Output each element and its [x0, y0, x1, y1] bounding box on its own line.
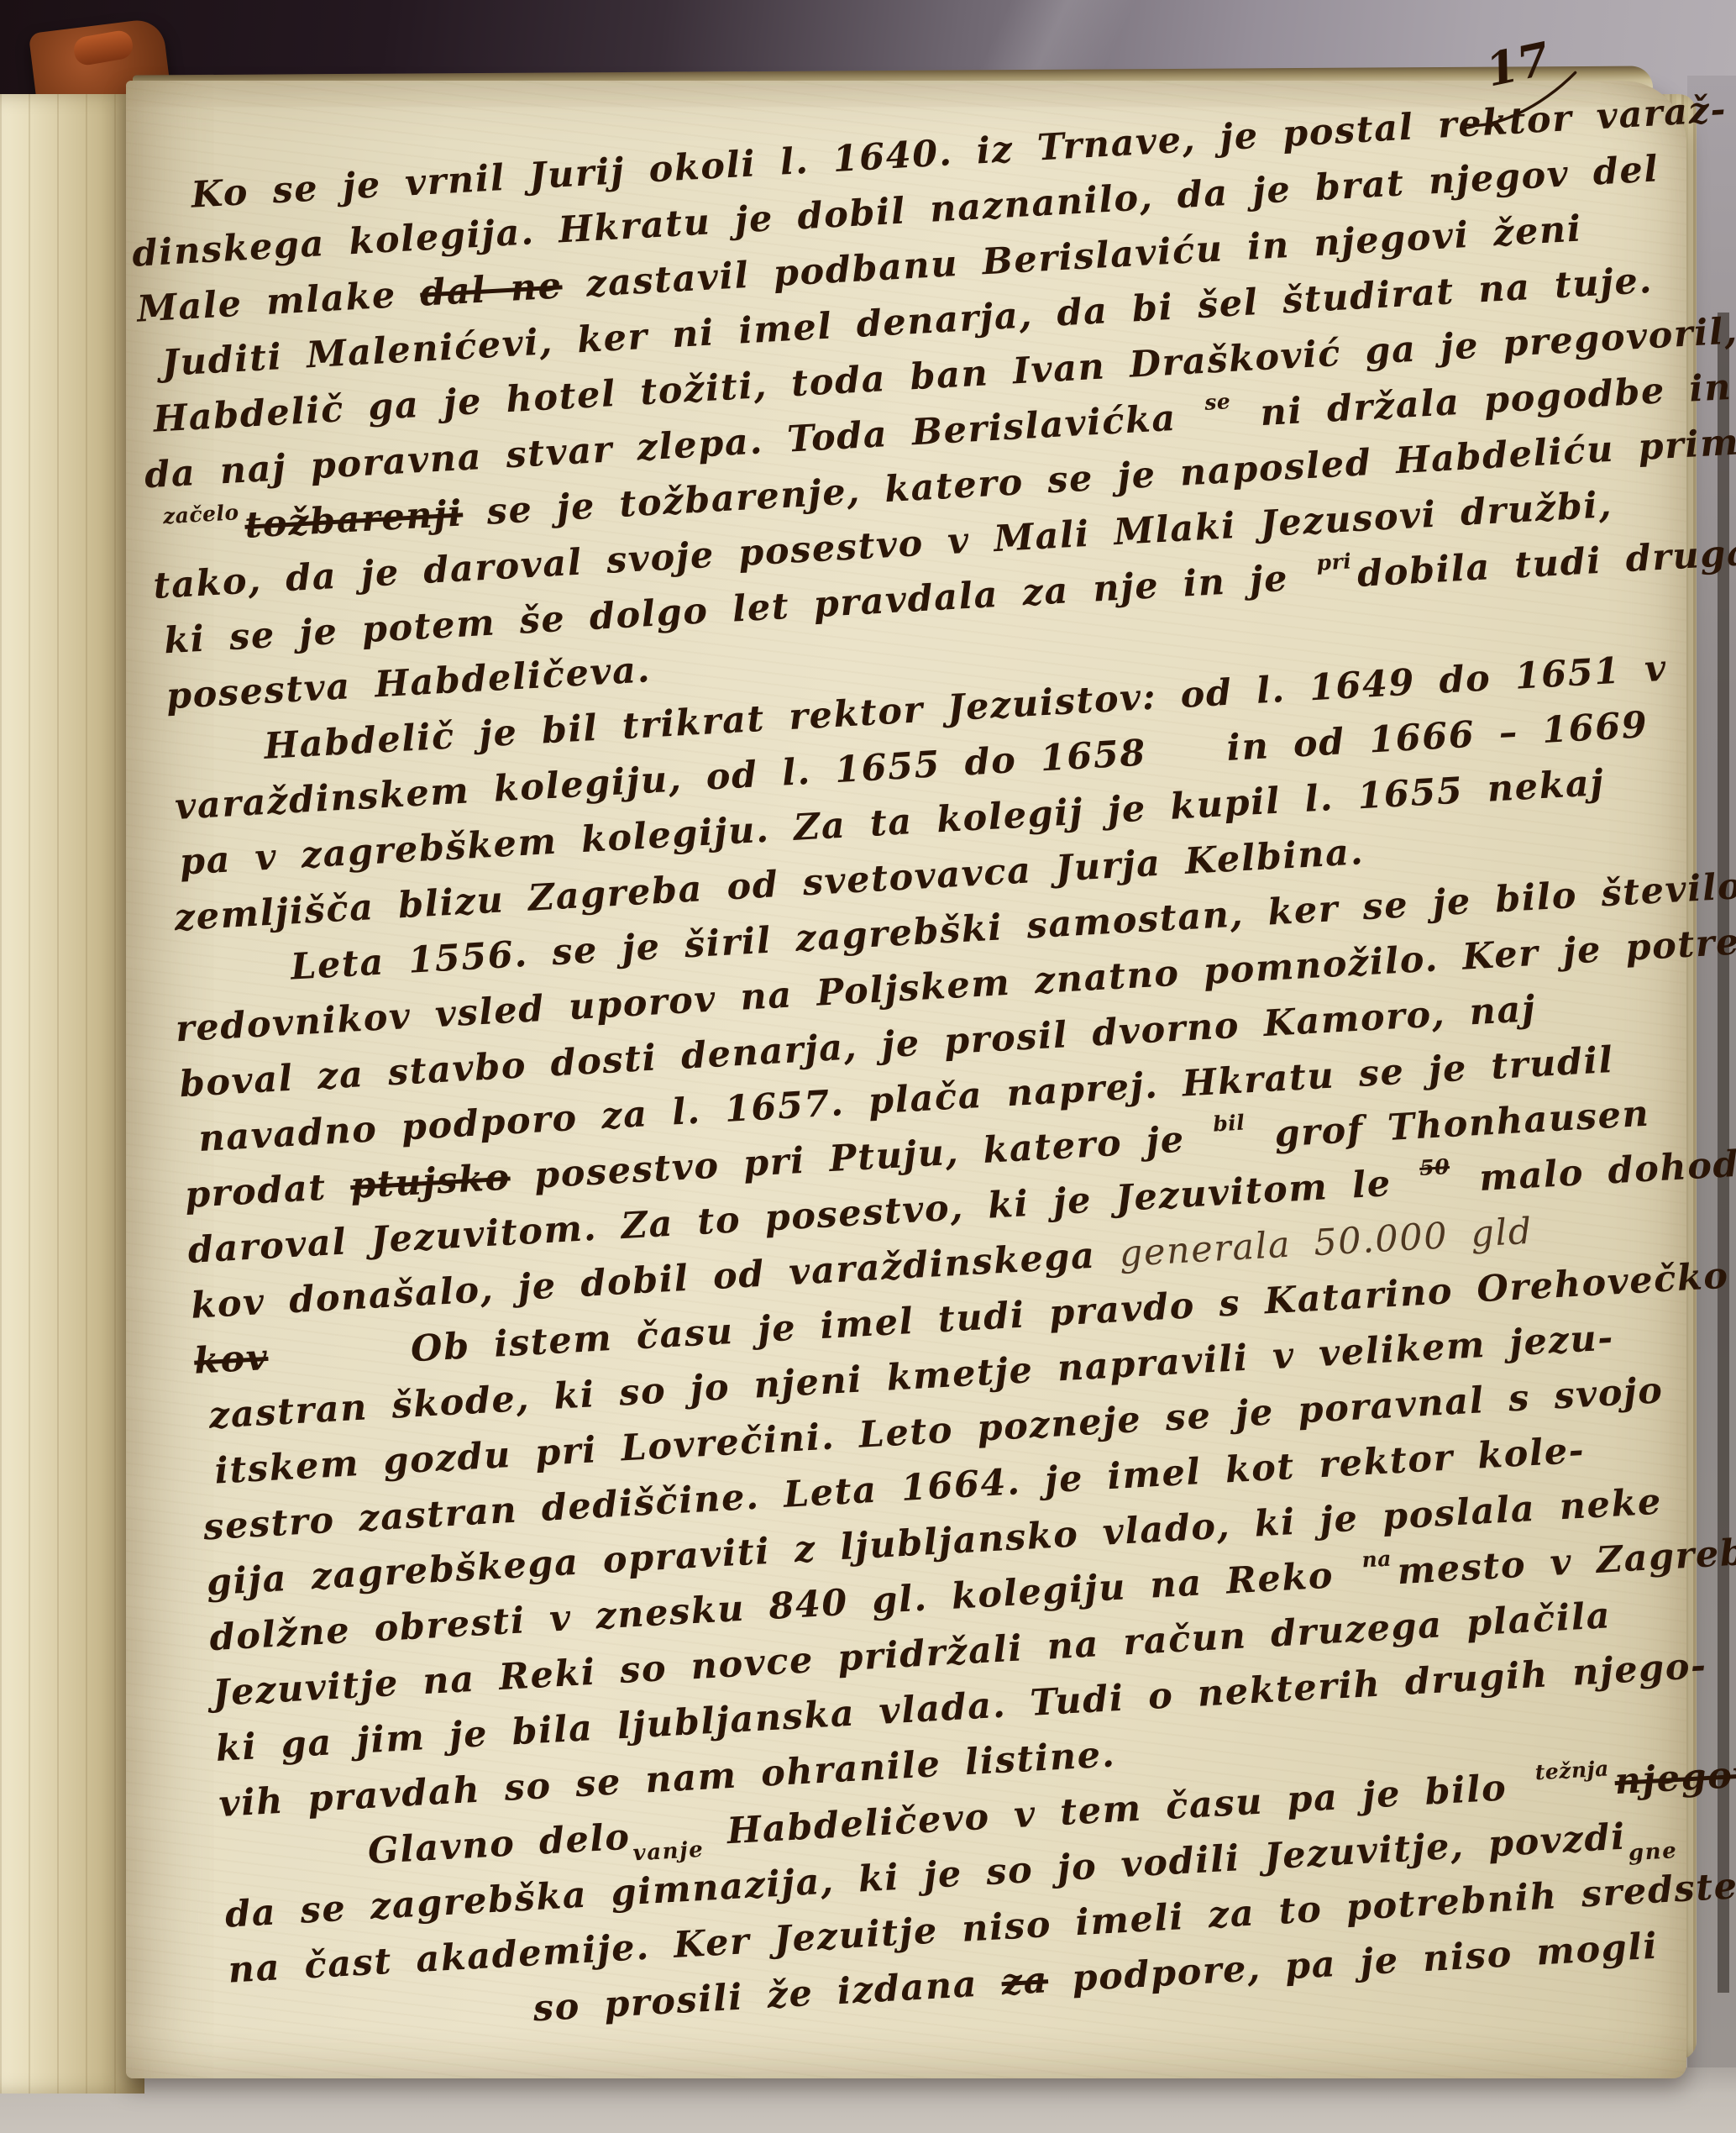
struck-word: ptujsko: [349, 1156, 511, 1207]
handwritten-text: težnja: [1534, 1757, 1610, 1785]
struck-word: dal ne: [419, 265, 564, 314]
manuscript-page: 17 Ko se je vrnil Jurij okoli l. 1640. i…: [126, 81, 1686, 2078]
handwritten-text: [1147, 760, 1228, 764]
handwritten-text: vanje: [632, 1837, 705, 1867]
struck-word: tožbarenji: [244, 492, 464, 546]
struck-word: njegova: [1613, 1752, 1736, 1803]
handwritten-text: pri: [1316, 549, 1352, 575]
struck-word: 50: [1419, 1154, 1450, 1180]
handwritten-text: začelo: [162, 500, 239, 528]
book-page-edges-left: [0, 94, 144, 2094]
handwritten-text: gne: [1628, 1838, 1678, 1866]
struck-word: kov: [193, 1337, 270, 1383]
handwritten-text: Glavno delo: [367, 1816, 632, 1873]
manuscript-text: Ko se je vrnil Jurij okoli l. 1640. iz T…: [128, 90, 1684, 2053]
manuscript-photo: 17 Ko se je vrnil Jurij okoli l. 1640. i…: [0, 0, 1736, 2133]
handwritten-text: bil: [1212, 1111, 1246, 1137]
handwritten-text: prodat: [184, 1165, 352, 1216]
handwritten-text: [269, 1361, 412, 1369]
handwritten-text: Male mlake: [136, 273, 422, 331]
handwritten-text: na: [1361, 1547, 1392, 1573]
handwritten-text: se: [1204, 389, 1231, 415]
struck-word: za: [1000, 1959, 1049, 2004]
